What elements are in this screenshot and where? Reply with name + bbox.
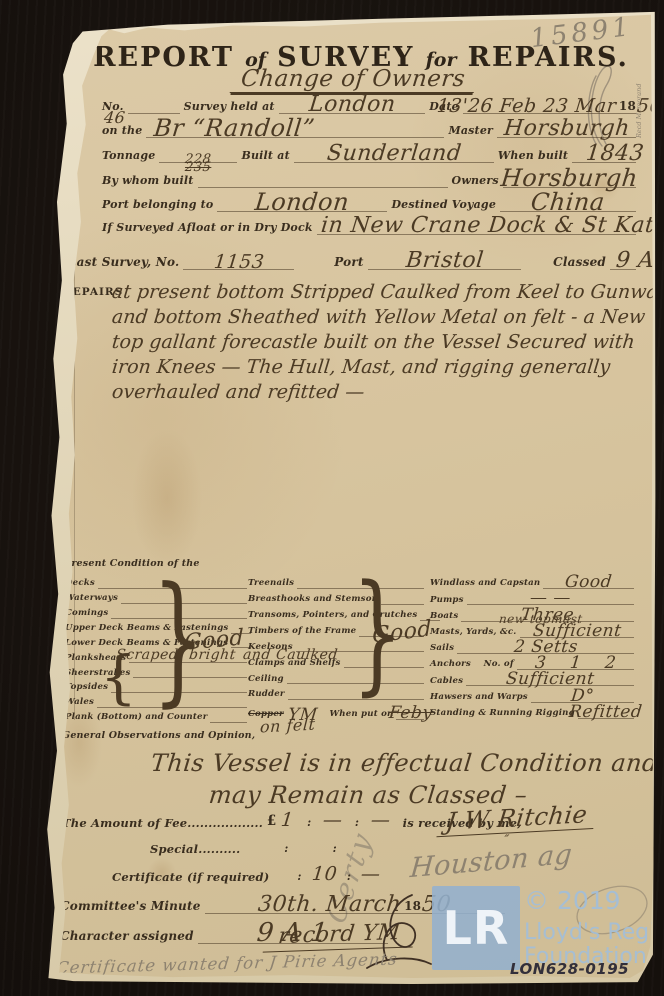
observations-line: This Vessel is in effectual Condition an…	[149, 746, 660, 780]
last-survey-line: 1153	[183, 253, 294, 270]
dock-value: in New Crane Dock & St Kath' Dock	[320, 215, 664, 237]
master-value: Horsburgh	[502, 118, 630, 140]
lloyds-register-logo: LR	[432, 886, 520, 970]
masts-note: new topmast	[499, 613, 584, 625]
tonnage-line: 228 235	[159, 154, 237, 163]
condition-row: Hawsers and WarpsD°	[430, 686, 634, 702]
built-at-line: Sunderland	[294, 143, 494, 163]
survey-held-label: Survey held at	[184, 100, 275, 114]
repairs-line: overhauled and refitted —	[111, 380, 636, 405]
date-line: 13'26 Feb 23 Mar 18 50	[463, 97, 636, 114]
port-belonging-value: London	[254, 190, 351, 214]
on-the-label: on the	[102, 124, 142, 138]
when-built-label: When built	[498, 149, 568, 163]
certificate-row: Certificate (if required) : 10 : —	[112, 860, 636, 884]
subtitle-change-of-owners: Change of Owners	[52, 68, 654, 93]
dock-line: in New Crane Dock & St Kath' Dock	[317, 215, 636, 235]
date-year-printed: 18	[619, 99, 636, 114]
special-label: Special..........	[150, 842, 240, 856]
fee-amount: 1	[280, 811, 295, 830]
condition-row: Pumps— —	[430, 589, 634, 605]
repairs-line: top gallant forecastle built on the Vess…	[111, 330, 636, 355]
fee-label: The Amount of Fee..................	[62, 816, 263, 830]
repairs-line: iron Knees — The Hull, Mast, and rigging…	[111, 355, 636, 380]
owners-line: Horsburgh	[503, 166, 636, 188]
certificate-label: Certificate (if required)	[112, 870, 269, 884]
port-belonging-line: London	[217, 190, 387, 212]
form-row-last-survey: Last Survey, No. 1153 Port Bristol Class…	[68, 248, 636, 270]
condition-row: Windlass and CapstanGood	[430, 573, 634, 589]
certificate-colon: :	[347, 870, 351, 884]
destined-voyage-value: China	[530, 190, 606, 214]
classed-label: Classed	[553, 255, 606, 270]
bottom-pencil-note: Certificate wanted for J Pirie Agents	[55, 952, 398, 977]
form-row-vessel-master: on the Br “Randoll” Master Horsburgh	[102, 116, 636, 138]
form-row-port-voyage: Port belonging to London Destined Voyage…	[102, 190, 636, 212]
form-row-dock: If Surveyed Afloat or in Dry Dock in New…	[102, 213, 636, 235]
by-whom-built-label: By whom built	[102, 174, 194, 188]
currency-symbol: £	[267, 813, 277, 830]
left-column-value: Good	[184, 627, 244, 654]
watermark-copyright: © 2019	[524, 888, 621, 913]
master-label: Master	[448, 124, 493, 138]
when-built-line: 1843	[572, 143, 636, 163]
vessel-name: Br “Randoll”	[153, 116, 316, 140]
condition-row-masts: Masts, Yards, &c. Sufficient new topmast	[430, 622, 634, 638]
master-line: Horsburgh	[497, 118, 636, 138]
last-survey-number: 1153	[213, 253, 265, 272]
condition-row: Anchors No. of3 1 2	[430, 654, 634, 670]
watermark-line1: Lloyd's Register	[524, 922, 664, 944]
when-put-on-label: When put on	[329, 709, 393, 720]
form-row-builder-owners: By whom built Owners Horsburgh	[102, 166, 636, 188]
built-at-value: Sunderland	[325, 143, 462, 165]
date-value: 13'26 Feb 23 Mar	[436, 97, 617, 116]
fee-colon: :	[355, 816, 359, 830]
condition-row: Sails2 Setts	[430, 638, 634, 654]
last-survey-port-line: Bristol	[368, 250, 522, 270]
date-year-value: 50	[636, 97, 663, 116]
classed-value: 9 A 1	[615, 250, 664, 272]
last-survey-label: Last Survey, No.	[68, 255, 179, 270]
special-colon: :	[284, 842, 288, 856]
photo-background: 15891 Recd Memorand REPORT of SURVEY for…	[0, 0, 664, 996]
dock-label: If Surveyed Afloat or in Dry Dock	[102, 221, 313, 235]
last-survey-port-value: Bristol	[404, 250, 484, 272]
vessel-line: Br “Randoll”	[146, 116, 444, 138]
form-row-no-survey-date: No. Survey held at London Date 13'26 Feb…	[102, 92, 636, 114]
condition-row: Standing & Running RiggingRefitted	[430, 703, 634, 719]
repairs-line: and bottom Sheathed with Yellow Metal on…	[111, 305, 636, 330]
on-felt-value: on felt	[260, 717, 316, 736]
destined-voyage-label: Destined Voyage	[391, 198, 496, 212]
condition-row: CablesSufficient	[430, 670, 634, 686]
survey-held-value: London	[308, 94, 397, 116]
form-row-tonnage-built: Tonnage 228 235 Built at Sunderland When…	[102, 141, 636, 163]
survey-report-document: 15891 Recd Memorand REPORT of SURVEY for…	[52, 8, 654, 980]
special-colon: :	[333, 842, 337, 856]
reference-code: LON628-0195	[510, 962, 629, 977]
stain	[132, 428, 202, 568]
owners-value: Horsburgh	[500, 166, 639, 190]
fee-colon: :	[307, 816, 311, 830]
certificate-colon: :	[297, 870, 301, 884]
repairs-line: at present bottom Stripped Caulked from …	[111, 280, 636, 305]
classed-line: 9 A 1	[610, 250, 636, 270]
port-belonging-label: Port belonging to	[102, 198, 213, 212]
repairs-text: at present bottom Stripped Caulked from …	[112, 280, 634, 405]
fee-dash2: —	[370, 811, 391, 830]
condition-column-right: Windlass and CapstanGood Pumps— — BoatsT…	[430, 573, 634, 719]
tonnage-label: Tonnage	[102, 149, 155, 163]
character-assigned-label: Character assigned	[60, 929, 194, 944]
owners-label: Owners	[452, 174, 499, 188]
special-row: Special.......... : :	[150, 832, 636, 856]
repairs-section: REPAIRS at present bottom Stripped Caulk…	[63, 280, 634, 405]
certificate-dash: —	[360, 865, 381, 884]
survey-held-line: London	[279, 94, 426, 114]
committee-minute-label: Committee's Minute	[60, 899, 201, 914]
built-at-label: Built at	[241, 149, 289, 163]
last-survey-port-label: Port	[334, 255, 363, 270]
when-built-value: 1843	[585, 143, 645, 165]
certificate-amount: 10	[311, 865, 338, 884]
destined-voyage-line: China	[500, 190, 636, 212]
observations-label: General Observations and Opinion,	[62, 730, 255, 742]
fee-dash1: —	[322, 811, 343, 830]
